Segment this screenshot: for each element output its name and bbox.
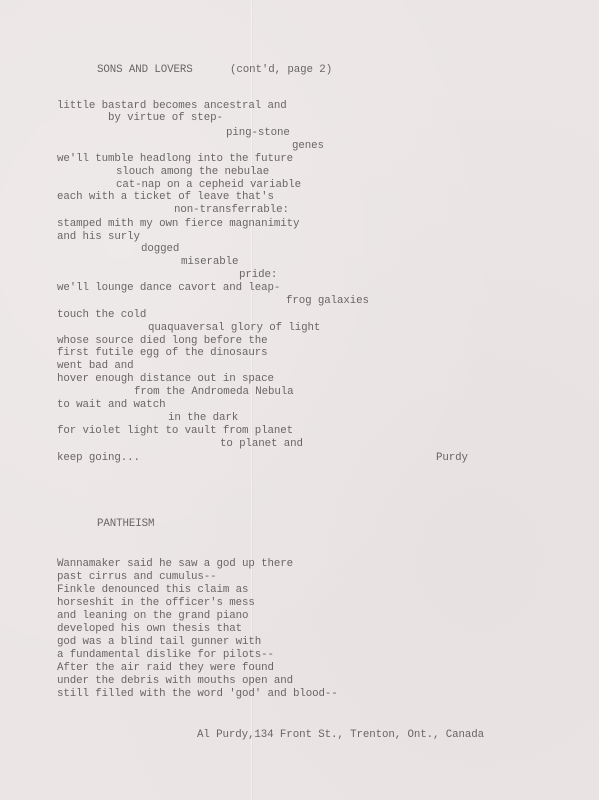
poem-line: for violet light to vault from planet [57, 425, 293, 437]
poem-line: Finkle denounced this claim as [57, 584, 248, 596]
poem-line: ping-stone [226, 127, 290, 139]
poem-line: in the dark [168, 412, 238, 424]
poem-line: hover enough distance out in space [57, 373, 274, 385]
poem-line: little bastard becomes ancestral and [57, 100, 287, 112]
poem-line: stamped mith my own fierce magnanimity [57, 218, 299, 230]
poem-line: from the Andromeda Nebula [134, 386, 293, 398]
poem-line: quaquaversal glory of light [148, 322, 320, 334]
poem-line: to wait and watch [57, 399, 165, 411]
poem-line: we'll tumble headlong into the future [57, 153, 293, 165]
poem-line: god was a blind tail gunner with [57, 636, 261, 648]
poem-line: went bad and [57, 360, 134, 372]
poem-line: to planet and [220, 438, 303, 450]
poem-line: genes [292, 140, 324, 152]
poem-line: dogged [141, 243, 179, 255]
poem-line: cat-nap on a cepheid variable [116, 179, 301, 191]
poem-line: slouch among the nebulae [116, 166, 269, 178]
page-continuation: (cont'd, page 2) [230, 64, 332, 76]
poem-line: pride: [239, 269, 277, 281]
poem-line: a fundamental dislike for pilots-- [57, 649, 274, 661]
author-address: Al Purdy,134 Front St., Trenton, Ont., C… [197, 729, 484, 741]
poem-line: by virtue of step- [108, 112, 223, 124]
poem-line: and leaning on the grand piano [57, 610, 248, 622]
poem-line: under the debris with mouths open and [57, 675, 293, 687]
poem-line: After the air raid they were found [57, 662, 274, 674]
poem-line: keep going... [57, 452, 140, 464]
poem-line: Wannamaker said he saw a god up there [57, 558, 293, 570]
poem-line: frog galaxies [286, 295, 369, 307]
poem-line: we'll lounge dance cavort and leap- [57, 282, 280, 294]
poem-line: miserable [181, 256, 238, 268]
author-signature: Purdy [436, 452, 468, 464]
poem-line: each with a ticket of leave that's [57, 191, 274, 203]
poem-line: developed his own thesis that [57, 623, 242, 635]
poem-title: PANTHEISM [97, 518, 154, 530]
poem-line: still filled with the word 'god' and blo… [57, 688, 338, 700]
poem-line: past cirrus and cumulus-- [57, 571, 216, 583]
poem-line: non-transferrable: [174, 204, 289, 216]
poem-line: first futile egg of the dinosaurs [57, 347, 268, 359]
poem-line: horseshit in the officer's mess [57, 597, 255, 609]
poem-line: touch the cold [57, 309, 146, 321]
poem-line: whose source died long before the [57, 335, 268, 347]
poem-title: SONS AND LOVERS [97, 64, 193, 76]
poem-line: and his surly [57, 231, 140, 243]
